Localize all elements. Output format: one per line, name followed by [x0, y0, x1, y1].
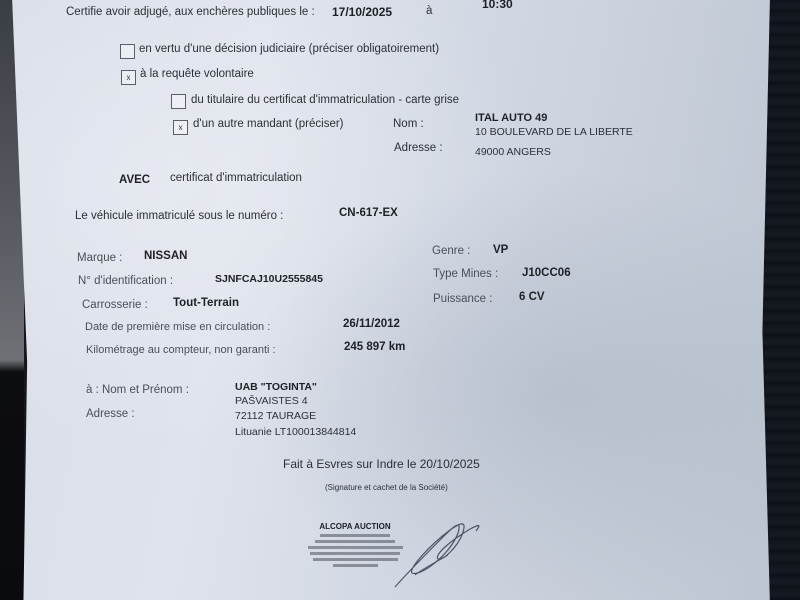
first-registration-label: Date de première mise en circulation :	[85, 321, 270, 333]
buyer-address-label: Adresse :	[86, 408, 135, 420]
mandant-address-label: Adresse :	[394, 142, 443, 154]
puissance-label: Puissance :	[433, 293, 492, 305]
mandant-address-line2: 49000 ANGERS	[475, 146, 551, 158]
genre-label: Genre :	[432, 245, 470, 257]
marque-value: NISSAN	[144, 250, 187, 262]
checkbox-judicial[interactable]	[120, 44, 135, 59]
puissance-value: 6 CV	[519, 291, 545, 303]
type-mines-value: J10CC06	[522, 267, 571, 279]
type-mines-label: Type Mines :	[433, 268, 498, 280]
genre-value: VP	[493, 244, 508, 256]
signature-note: (Signature et cachet de la Société)	[325, 483, 448, 492]
mandant-name-label: Nom :	[393, 118, 424, 130]
vin-value: SJNFCAJ10U2555845	[215, 273, 323, 285]
buyer-name-label: à : Nom et Prénom :	[86, 384, 189, 396]
buyer-address-line1: PAŠVAISTES 4	[235, 395, 308, 407]
checkbox-voluntary[interactable]: x	[121, 70, 136, 85]
checkbox-holder[interactable]	[171, 94, 186, 109]
intro-text: Certifie avoir adjugé, aux enchères publ…	[66, 6, 315, 18]
handwritten-signature	[390, 515, 490, 595]
carrosserie-value: Tout-Terrain	[173, 297, 239, 309]
mileage-value: 245 897 km	[344, 341, 405, 353]
auction-date: 17/10/2025	[332, 5, 392, 19]
avec-value: certificat d'immatriculation	[170, 172, 302, 184]
place-date: Fait à Esvres sur Indre le 20/10/2025	[283, 457, 480, 471]
mileage-label: Kilométrage au compteur, non garanti :	[86, 344, 276, 356]
option-other-mandant-label: d'un autre mandant (préciser)	[193, 118, 344, 130]
option-holder-label: du titulaire du certificat d'immatricula…	[191, 94, 459, 106]
first-registration-value: 26/11/2012	[343, 318, 400, 330]
buyer-name: UAB "TOGINTA"	[235, 381, 317, 393]
registration-label: Le véhicule immatriculé sous le numéro :	[75, 210, 283, 222]
option-voluntary-label: à la requête volontaire	[140, 68, 254, 80]
buyer-address-line3: Lituanie LT100013844814	[235, 426, 356, 438]
mandant-name: ITAL AUTO 49	[475, 112, 547, 124]
at-text: à	[426, 5, 432, 17]
mandant-address-line1: 10 BOULEVARD DE LA LIBERTE	[475, 126, 633, 138]
checkbox-other-mandant[interactable]: x	[173, 120, 188, 135]
avec-label: AVEC	[119, 174, 150, 186]
buyer-address-line2: 72112 TAURAGE	[235, 410, 316, 422]
auction-time: 10:30	[482, 0, 513, 11]
registration-number: CN-617-EX	[339, 207, 398, 219]
marque-label: Marque :	[77, 252, 122, 264]
carrosserie-label: Carrosserie :	[82, 299, 148, 311]
option-judicial-label: en vertu d'une décision judiciaire (préc…	[139, 43, 439, 55]
vin-label: N° d'identification :	[78, 275, 173, 287]
